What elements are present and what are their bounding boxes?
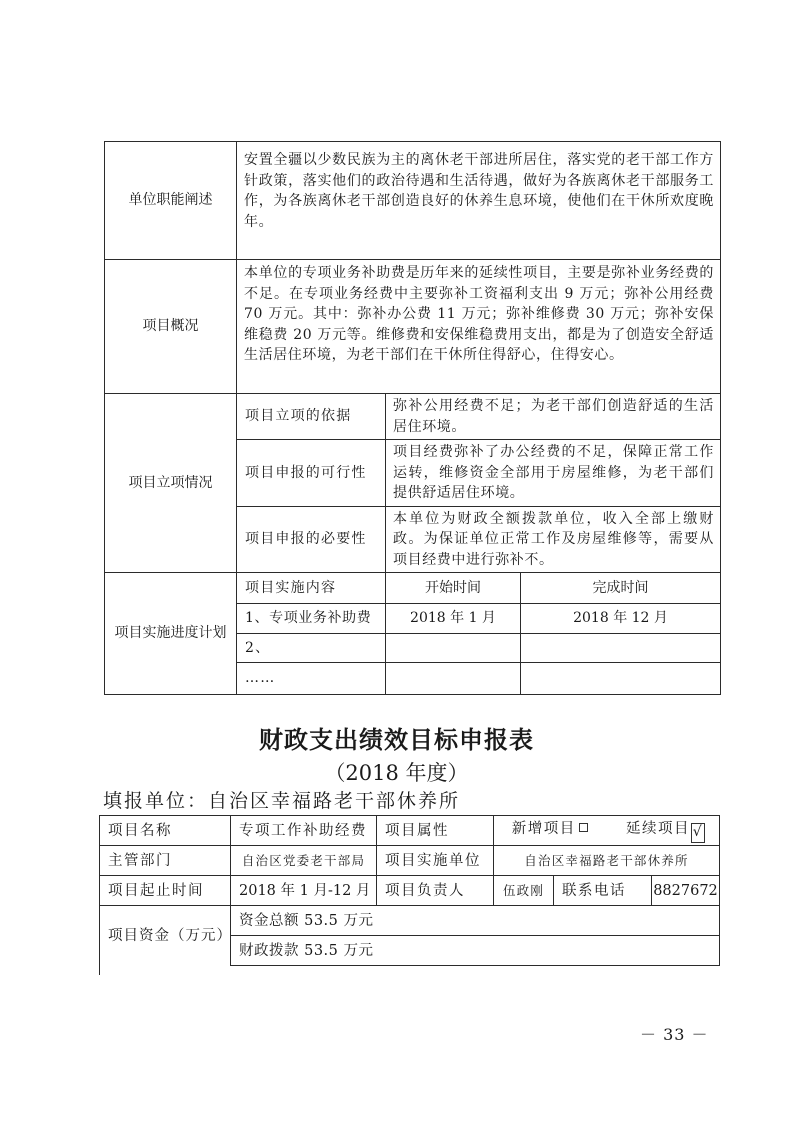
impl-unit-value: 自治区幸福路老干部休养所 xyxy=(494,846,720,876)
establishment-basis-row: 项目立项情况 项目立项的依据 弥补公用经费不足；为老干部们创造舒适的生活居住环境… xyxy=(105,394,721,440)
page-number: － 33 － xyxy=(640,1022,709,1045)
schedule-header-row: 项目实施进度计划 项目实施内容 开始时间 完成时间 xyxy=(105,573,721,604)
unit-function-label: 单位职能阐述 xyxy=(105,142,237,260)
establishment-basis-label: 项目立项的依据 xyxy=(237,394,386,440)
establishment-basis-text: 弥补公用经费不足；为老干部们创造舒适的生活居住环境。 xyxy=(386,394,721,440)
funds-total-row: 项目资金（万元） 资金总额 53.5 万元 xyxy=(100,906,720,936)
schedule-row-content: …… xyxy=(237,663,386,695)
project-establishment-label: 项目立项情况 xyxy=(105,394,237,573)
funds-fiscal: 财政拨款 53.5 万元 xyxy=(231,936,720,966)
period-label: 项目起止时间 xyxy=(100,876,231,906)
unit-function-row: 单位职能阐述 安置全疆以少数民族为主的离休老干部进所居住，落实党的老干部工作方针… xyxy=(105,142,721,260)
attr-new-checkbox[interactable] xyxy=(579,823,588,832)
schedule-header-content: 项目实施内容 xyxy=(237,573,386,604)
form-title: 财政支出绩效目标申报表 xyxy=(0,720,793,755)
period-row: 项目起止时间 2018 年 1 月-12 月 项目负责人 伍政刚 联系电话 88… xyxy=(100,876,720,906)
table-continuation-border xyxy=(99,965,100,975)
form-year: （2018 年度） xyxy=(0,757,793,787)
schedule-row-end xyxy=(521,663,721,695)
schedule-row-start xyxy=(386,663,521,695)
project-overview-label: 项目概况 xyxy=(105,260,237,394)
schedule-header-end: 完成时间 xyxy=(521,573,721,604)
project-name-row: 项目名称 专项工作补助经费 项目属性 新增项目 延续项目√ xyxy=(100,816,720,846)
attr-new-label: 新增项目 xyxy=(512,821,576,837)
project-attr-label: 项目属性 xyxy=(377,816,494,846)
project-name-value: 专项工作补助经费 xyxy=(231,816,377,846)
schedule-label: 项目实施进度计划 xyxy=(105,573,237,695)
schedule-row-end xyxy=(521,634,721,663)
schedule-row-content: 1、专项业务补助费 xyxy=(237,604,386,634)
schedule-row-content: 2、 xyxy=(237,634,386,663)
phone-value: 8827672 xyxy=(652,876,720,906)
schedule-row-start: 2018 年 1 月 xyxy=(386,604,521,634)
project-attr-options: 新增项目 延续项目√ xyxy=(494,816,720,846)
performance-target-table: 项目名称 专项工作补助经费 项目属性 新增项目 延续项目√ 主管部门 自治区党委… xyxy=(99,815,720,966)
period-value: 2018 年 1 月-12 月 xyxy=(231,876,377,906)
feasibility-text: 项目经费弥补了办公经费的不足，保障正常工作运转，维修资金全部用于房屋维修，为老干… xyxy=(386,440,721,507)
project-info-table: 单位职能阐述 安置全疆以少数民族为主的离休老干部进所居住，落实党的老干部工作方针… xyxy=(104,141,721,695)
necessity-label: 项目申报的必要性 xyxy=(237,506,386,573)
fill-unit: 填报单位：自治区幸福路老干部休养所 xyxy=(103,786,460,813)
department-row: 主管部门 自治区党委老干部局 项目实施单位 自治区幸福路老干部休养所 xyxy=(100,846,720,876)
dept-label: 主管部门 xyxy=(100,846,231,876)
attr-continue-checkbox[interactable]: √ xyxy=(691,823,705,843)
schedule-header-start: 开始时间 xyxy=(386,573,521,604)
attr-continue-label: 延续项目 xyxy=(626,821,690,837)
funds-total: 资金总额 53.5 万元 xyxy=(231,906,720,936)
project-overview-row: 项目概况 本单位的专项业务补助费是历年来的延续性项目，主要是弥补业务经费的不足。… xyxy=(105,260,721,394)
necessity-text: 本单位为财政全额拨款单位，收入全部上缴财政。为保证单位正常工作及房屋维修等，需要… xyxy=(386,506,721,573)
leader-label: 项目负责人 xyxy=(377,876,494,906)
schedule-row-start xyxy=(386,634,521,663)
phone-label: 联系电话 xyxy=(554,876,652,906)
project-overview-text: 本单位的专项业务补助费是历年来的延续性项目，主要是弥补业务经费的不足。在专项业务… xyxy=(237,260,721,394)
unit-function-text: 安置全疆以少数民族为主的离休老干部进所居住，落实党的老干部工作方针政策，落实他们… xyxy=(237,142,721,260)
funds-label: 项目资金（万元） xyxy=(100,906,231,966)
project-name-label: 项目名称 xyxy=(100,816,231,846)
impl-unit-label: 项目实施单位 xyxy=(377,846,494,876)
dept-value: 自治区党委老干部局 xyxy=(231,846,377,876)
leader-value: 伍政刚 xyxy=(494,876,554,906)
schedule-row-end: 2018 年 12 月 xyxy=(521,604,721,634)
feasibility-label: 项目申报的可行性 xyxy=(237,440,386,507)
